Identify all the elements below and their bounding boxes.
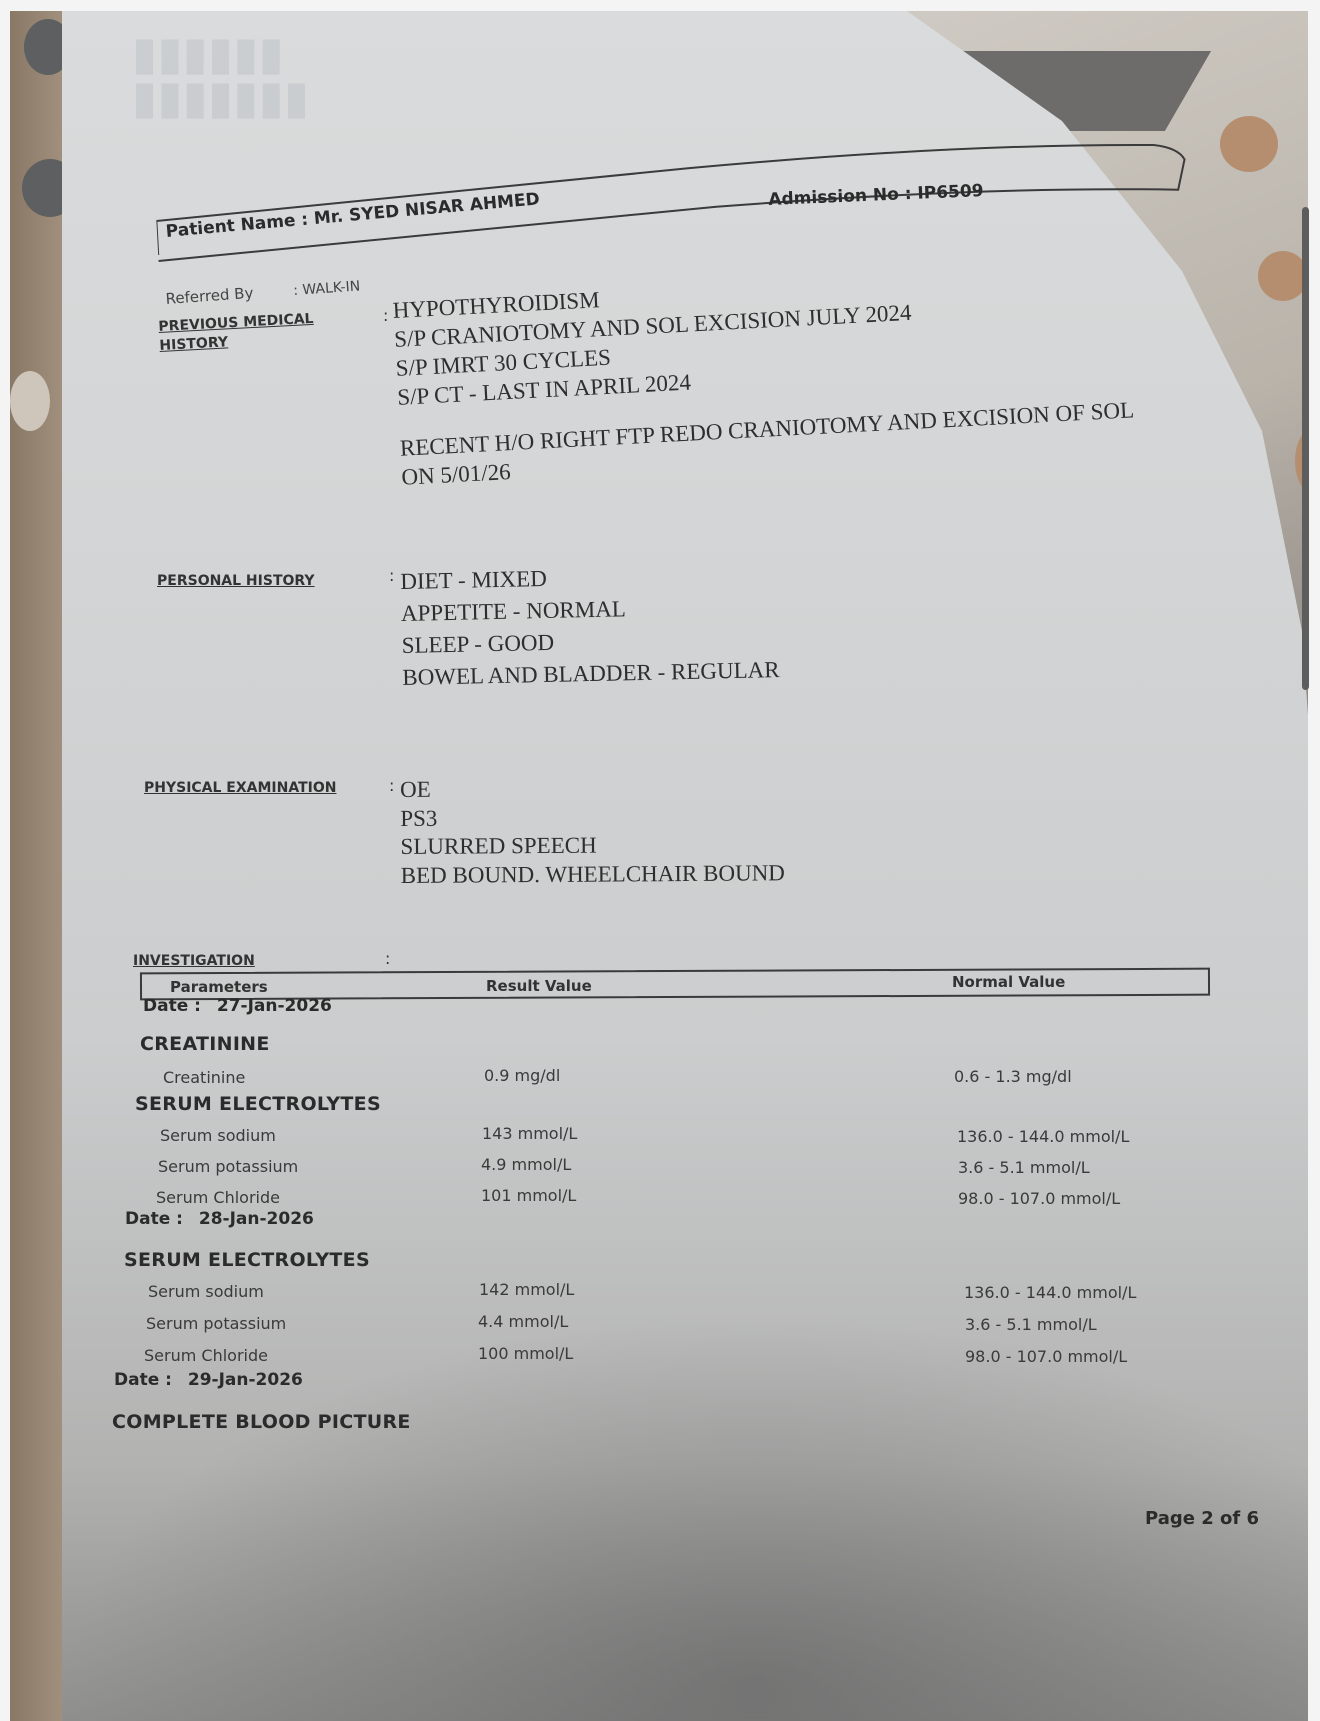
page-indicator: Page 2 of 6 (1145, 1508, 1259, 1529)
date-value: 27-Jan-2026 (217, 996, 332, 1016)
test-group-title: CREATININE (140, 1033, 270, 1055)
exam-line: OE (400, 773, 784, 804)
personal-history-list: DIET - MIXEDAPPETITE - NORMALSLEEP - GOO… (400, 558, 780, 694)
normal-range: 98.0 - 107.0 mmol/L (958, 1189, 1120, 1208)
test-group-title: SERUM ELECTROLYTES (135, 1093, 381, 1115)
normal-range: 98.0 - 107.0 mmol/L (965, 1347, 1127, 1366)
previous-medical-history-label: PREVIOUS MEDICAL HISTORY (158, 310, 315, 356)
result-value: 142 mmol/L (479, 1280, 574, 1299)
exam-line: PS3 (400, 802, 784, 833)
normal-range: 136.0 - 144.0 mmol/L (957, 1127, 1129, 1146)
result-value: 4.9 mmol/L (481, 1155, 571, 1174)
personal-history-label: PERSONAL HISTORY (157, 572, 315, 591)
referred-by-label: Referred By (165, 284, 254, 308)
parameter-name: Serum potassium (146, 1314, 286, 1333)
parameter-name: Serum sodium (148, 1282, 264, 1301)
physical-examination-list: OEPS3SLURRED SPEECHBED BOUND. WHEELCHAIR… (400, 773, 785, 890)
colon: : (383, 306, 388, 325)
result-value: 0.9 mg/dl (484, 1066, 560, 1085)
patient-header-box (154, 129, 1186, 251)
test-group-title: SERUM ELECTROLYTES (124, 1249, 370, 1271)
admission-no-value: IP6509 (917, 181, 984, 204)
referred-by-value: : WALK-IN (293, 278, 361, 299)
exam-line: SLURRED SPEECH (400, 830, 784, 861)
parameter-name: Serum potassium (158, 1157, 298, 1176)
test-date: Date : 28-Jan-2026 (125, 1209, 314, 1229)
normal-range: 0.6 - 1.3 mg/dl (954, 1067, 1072, 1086)
normal-range: 3.6 - 5.1 mmol/L (965, 1315, 1097, 1334)
parameter-name: Serum sodium (160, 1126, 276, 1145)
date-value: 28-Jan-2026 (199, 1209, 314, 1229)
scrollbar-thumb[interactable] (1302, 207, 1309, 690)
normal-range: 136.0 - 144.0 mmol/L (964, 1283, 1136, 1302)
previous-medical-history-list: HYPOTHYROIDISMS/P CRANIOTOMY AND SOL EXC… (392, 258, 1136, 492)
exam-line: BED BOUND. WHEELCHAIR BOUND (401, 859, 785, 890)
date-label: Date : (125, 1209, 189, 1229)
investigation-label: INVESTIGATION (133, 952, 255, 971)
column-header-normal-value: Normal Value (952, 973, 1065, 991)
result-value: 101 mmol/L (481, 1186, 576, 1205)
referred-by: Referred By: WALK-IN (165, 276, 361, 308)
normal-range: 3.6 - 5.1 mmol/L (958, 1158, 1090, 1177)
result-value: 143 mmol/L (482, 1124, 577, 1143)
physical-examination-label: PHYSICAL EXAMINATION (144, 779, 337, 798)
result-value: 100 mmol/L (478, 1344, 573, 1363)
column-header-result-value: Result Value (486, 977, 592, 995)
date-label: Date : (143, 996, 207, 1016)
test-date: Date : 27-Jan-2026 (143, 996, 332, 1016)
test-date: Date : 29-Jan-2026 (114, 1370, 303, 1390)
column-header-parameters: Parameters (170, 978, 268, 996)
medical-report: Patient Name : Mr. SYED NISAR AHMED Admi… (0, 0, 1320, 1721)
colon: : (389, 776, 394, 795)
result-value: 4.4 mmol/L (478, 1312, 568, 1331)
personal-history-line: BOWEL AND BLADDER - REGULAR (402, 654, 780, 694)
colon: : (385, 949, 390, 968)
date-value: 29-Jan-2026 (188, 1370, 303, 1390)
parameter-name: Serum Chloride (156, 1188, 280, 1207)
date-label: Date : (114, 1370, 178, 1390)
parameter-name: Creatinine (163, 1068, 245, 1087)
colon: : (389, 566, 394, 585)
parameter-name: Serum Chloride (144, 1346, 268, 1365)
test-group-title: COMPLETE BLOOD PICTURE (112, 1411, 411, 1433)
